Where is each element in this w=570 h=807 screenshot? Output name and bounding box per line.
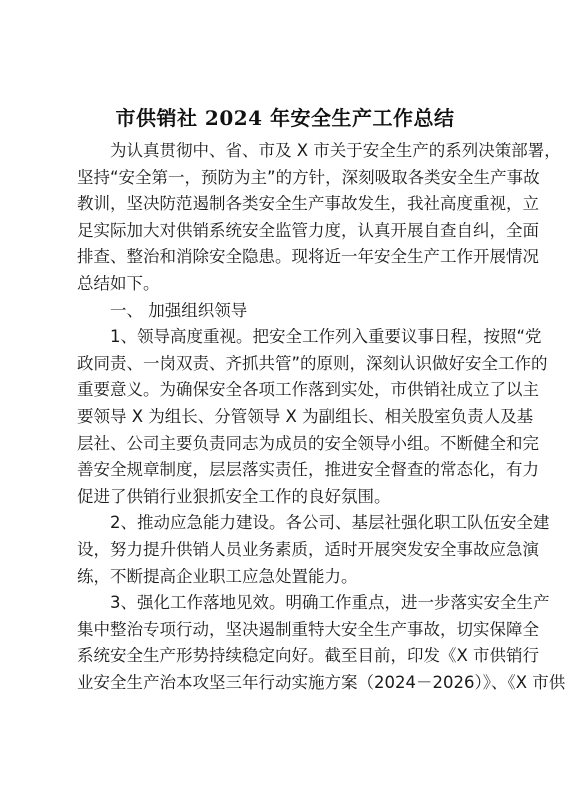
document-page: 市供销社 2024 年安全生产工作总结 为认真贯彻中、省、市及 X 市关于安全生…: [0, 0, 570, 807]
text-line: 1、领导高度重视。把安全工作列入重要议事日程，按照“党: [77, 324, 499, 351]
text-line: 业安全生产治本攻坚三年行动实施方案（2024－2026）》、《X 市供: [77, 670, 499, 697]
text-line: 练，不断提高企业职工应急处置能力。: [77, 564, 499, 591]
text-line: 设，努力提升供销人员业务素质，适时开展突发安全事故应急演: [77, 537, 499, 564]
intro-paragraph: 为认真贯彻中、省、市及 X 市关于安全生产的系列决策部署， 坚持“安全第一，预防…: [77, 138, 499, 298]
text-line: 足实际加大对供销系统安全监管力度，认真开展自查自纠，全面: [77, 218, 499, 245]
document-body: 为认真贯彻中、省、市及 X 市关于安全生产的系列决策部署， 坚持“安全第一，预防…: [77, 138, 499, 696]
text-line: 3、强化工作落地见效。明确工作重点，进一步落实安全生产: [77, 590, 499, 617]
text-line: 重要意义。为确保安全各项工作落到实处，市供销社成立了以主: [77, 377, 499, 404]
text-line: 2、推动应急能力建设。各公司、基层社强化职工队伍安全建: [77, 510, 499, 537]
item-1-paragraph: 1、领导高度重视。把安全工作列入重要议事日程，按照“党 政同责、一岗双责、齐抓共…: [77, 324, 499, 510]
section-heading: 一、 加强组织领导: [77, 298, 499, 325]
text-line: 集中整治专项行动，坚决遏制重特大安全生产事故，切实保障全: [77, 617, 499, 644]
document-title: 市供销社 2024 年安全生产工作总结: [0, 104, 570, 132]
text-line: 总结如下。: [77, 271, 499, 298]
text-line: 排查、整治和消除安全隐患。现将近一年安全生产工作开展情况: [77, 244, 499, 271]
text-line: 坚持“安全第一，预防为主”的方针，深刻吸取各类安全生产事故: [77, 165, 499, 192]
text-line: 政同责、一岗双责、齐抓共管”的原则，深刻认识做好安全工作的: [77, 351, 499, 378]
text-line: 系统安全生产形势持续稳定向好。截至目前，印发《X 市供销行: [77, 643, 499, 670]
item-3-paragraph: 3、强化工作落地见效。明确工作重点，进一步落实安全生产 集中整治专项行动，坚决遏…: [77, 590, 499, 696]
text-line: 善安全规章制度，层层落实责任，推进安全督查的常态化，有力: [77, 457, 499, 484]
text-line: 层社、公司主要负责同志为成员的安全领导小组。不断健全和完: [77, 431, 499, 458]
text-line: 要领导 X 为组长、分管领导 X 为副组长、相关股室负责人及基: [77, 404, 499, 431]
text-line: 促进了供销行业狠抓安全工作的良好氛围。: [77, 484, 499, 511]
text-line: 教训，坚决防范遏制各类安全生产事故发生，我社高度重视，立: [77, 191, 499, 218]
text-line: 为认真贯彻中、省、市及 X 市关于安全生产的系列决策部署，: [77, 138, 499, 165]
item-2-paragraph: 2、推动应急能力建设。各公司、基层社强化职工队伍安全建 设，努力提升供销人员业务…: [77, 510, 499, 590]
